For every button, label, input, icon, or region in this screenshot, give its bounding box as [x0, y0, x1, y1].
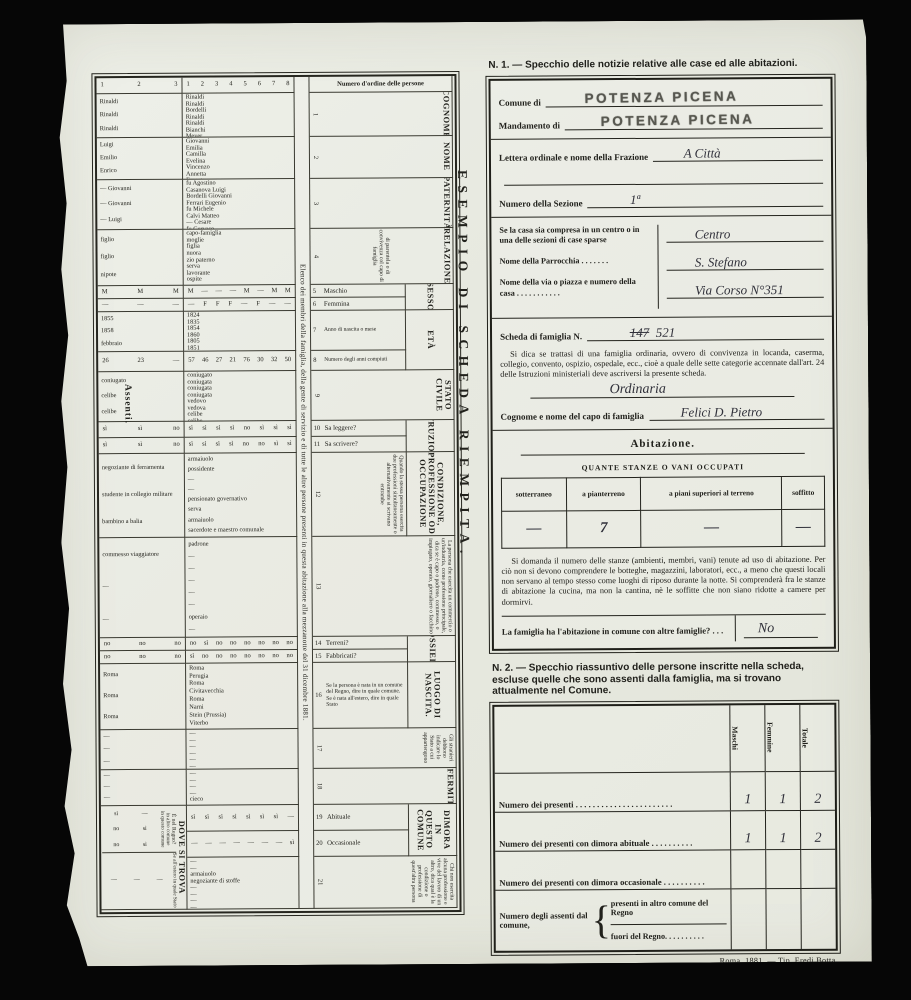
subheader-label: Occasionale: [327, 840, 360, 847]
cell-value: —: [189, 601, 294, 608]
cell-value: —: [219, 841, 226, 848]
assenti-values: ———: [100, 730, 186, 771]
main-values: sìnonononononono: [186, 650, 298, 664]
cell-value: sì: [189, 426, 193, 433]
column-header: 18Infermità: [314, 768, 457, 805]
capo-label: Cognome e nome del capo di famiglia: [501, 410, 645, 421]
assenti-values: negoziante di ferramentastudente in coll…: [99, 454, 186, 539]
n2-row-label: Numero dei presenti con dimora occasiona…: [495, 849, 731, 889]
subheader-label: Maschio: [324, 287, 347, 294]
cell-value: no: [139, 641, 146, 648]
cell-value: no: [104, 654, 111, 661]
n2-header-spacer: [494, 705, 730, 773]
cell-value: no: [104, 641, 111, 648]
stanze-note: Si domanda il numero delle stanze (ambie…: [501, 554, 825, 607]
cell-value: sì: [216, 426, 220, 433]
capo-row: Cognome e nome del capo di famiglia Feli…: [500, 405, 824, 421]
subheader-label: Femmina: [324, 300, 350, 307]
main-values: RomaPerugiaRomaCivitavecchiaRomaNarniSte…: [186, 663, 298, 730]
n2-value: 1: [765, 771, 800, 810]
cell-value: serva: [188, 506, 293, 513]
rotated-label: Quando la stessa persona esercita due pr…: [378, 453, 404, 534]
stanze-val-soffitto: —: [782, 509, 825, 546]
comune-stamp: POTENZA PICENA: [584, 88, 738, 106]
rotated-label: Paternità: [441, 178, 450, 229]
cell-value: —: [102, 302, 109, 309]
n2-value: 1: [730, 771, 765, 810]
cell-value: —: [205, 841, 212, 848]
cell-value: 21: [230, 358, 237, 365]
cell-value: figlio: [100, 236, 179, 243]
cell-value: —: [191, 904, 296, 910]
column-number: 11: [314, 441, 322, 448]
rotated-label: Chi non esercita alcuna professione e vi…: [410, 857, 455, 906]
column-number: 16: [315, 692, 323, 699]
cell-value: sì: [138, 442, 142, 449]
assenti-values: — Giovanni— Giovanni— Luigi: [97, 180, 183, 231]
main-values: 12345678: [182, 77, 294, 94]
n2-value: 1: [765, 810, 800, 849]
cell-value: 32: [271, 357, 278, 364]
via-handwriting: Via Corso N°351: [695, 282, 784, 299]
column-number: 8: [313, 357, 321, 364]
comune-row: Comune di POTENZA PICENA: [499, 91, 823, 107]
cell-value: —: [257, 288, 264, 295]
cell-value: sì: [260, 814, 264, 821]
cell-value: —: [269, 301, 276, 308]
cell-value: febbraio: [101, 340, 180, 347]
divider: [492, 315, 832, 318]
n2-header-row: Maschi Femmine Totale: [494, 704, 834, 773]
column-header: 3Paternità: [310, 178, 453, 229]
rotated-label: Stato Civile: [434, 371, 452, 418]
cell-value: sì: [230, 426, 234, 433]
rotated-label: Nome: [441, 142, 450, 171]
cell-value: sì: [131, 841, 159, 847]
n1-box: Comune di POTENZA PICENA Mandamento di P…: [488, 76, 835, 651]
cell-value: no: [244, 640, 251, 647]
cell-value: —: [233, 840, 240, 847]
rotated-label: Sesso: [425, 284, 434, 310]
cell-value: — Giovanni: [100, 201, 179, 208]
n2-assenti-cell: Numero degli assenti dal comune, { prese…: [495, 888, 731, 950]
mandamento-line: POTENZA PICENA: [565, 114, 823, 130]
main-values: ——————Prussia—: [186, 729, 298, 770]
cell-value: sì: [229, 442, 233, 449]
cell-value: sì: [202, 426, 206, 433]
cell-value: no: [102, 842, 130, 848]
categoria-handwriting: Ordinaria: [610, 381, 666, 397]
rotated-label: Istruzione: [426, 420, 435, 452]
column-subheader: 6Femmina: [311, 297, 406, 311]
cell-value: ospite: [187, 276, 292, 283]
cell-value: 30: [257, 357, 264, 364]
category-label: Condizione, Professione od occupazione: [407, 452, 456, 536]
column-number: 14: [315, 639, 323, 646]
categoria-paragraph: Si dica se trattasi di una famiglia ordi…: [500, 348, 824, 381]
dove-altro-values: —sìsì: [130, 807, 159, 852]
cell-value: —: [189, 577, 294, 584]
cell-value: no: [244, 653, 251, 660]
printer-footer: Roma, 1881. — Tip. Eredi Botta.: [494, 955, 838, 966]
subheader-label: Abituale: [327, 814, 350, 821]
centro-line: Centro: [666, 223, 823, 242]
cell-value: no: [243, 441, 250, 448]
cell-value: 26: [102, 358, 109, 365]
cell-value: sacerdote e maestro comunale: [188, 527, 293, 534]
assenti-values: figliofiglionipote: [97, 230, 183, 287]
stanze-title: Quante stanze o vani occupati: [501, 461, 825, 472]
cell-value: no: [258, 640, 265, 647]
cell-value: sì: [274, 441, 278, 448]
cell-value: 1: [186, 82, 189, 89]
stanze-value-row: — 7 — —: [502, 509, 825, 548]
n2-col-totale: Totale: [800, 704, 835, 771]
assenti-values: sìsìno: [99, 438, 185, 455]
category-label: Istruzione: [407, 420, 455, 452]
column-subheader: 20Occasionale: [314, 830, 409, 857]
n2-handwriting: 1: [780, 831, 787, 846]
cell-value: —: [103, 584, 182, 591]
stanze-val-pianterreno: 7: [566, 510, 641, 547]
cell-value: sì: [103, 442, 107, 449]
persons-order-header: Numero d'ordine delle persone: [309, 76, 452, 93]
main-values: fu AgostinoCasanova LuigiBordelli Giovan…: [183, 179, 295, 230]
n2-value: [801, 888, 836, 949]
cell-value: M: [285, 288, 291, 295]
cell-value: coniugato: [101, 377, 180, 384]
cell-value: no: [286, 653, 293, 660]
n2-value: [801, 849, 836, 888]
assenti-values: ———: [98, 299, 184, 313]
cell-value: — Luigi: [100, 217, 179, 224]
n2-assenti-sub2: fuori del Regno. . . . . . . . . .: [611, 924, 727, 948]
cell-value: Luigi: [100, 142, 179, 149]
cell-value: —: [189, 626, 294, 633]
cell-value: Roma: [103, 672, 182, 679]
cell-value: F: [216, 301, 220, 308]
assenti-values: commesso viaggiatore——: [99, 538, 186, 639]
stanze-header-row: sotterraneo a pianterreno a piani superi…: [501, 476, 824, 511]
famiglie-answer-box: No: [735, 615, 826, 642]
famiglie-handwriting: No: [758, 621, 774, 637]
cell-value: sì: [189, 442, 193, 449]
cell-value: no: [230, 653, 237, 660]
column-subheader: 11Sa scrivere?: [312, 436, 407, 453]
cell-value: —: [173, 358, 180, 365]
cell-value: —: [188, 553, 293, 560]
n2-title: N. 2. — Specchio riassuntivo delle perso…: [492, 661, 836, 698]
header-note-text: Se la persona è nata in un comune del Re…: [326, 683, 405, 708]
assenti-values: RomaRomaRoma: [100, 664, 186, 731]
n2-value: [766, 888, 801, 949]
cell-value: —: [134, 877, 140, 883]
stanze-col-pianterreno: a pianterreno: [566, 477, 641, 510]
scheda-old-number: 147: [630, 325, 650, 340]
column-subheader: 14Terreni?: [313, 636, 408, 650]
n2-handwriting: 1: [744, 792, 751, 807]
centro-handwriting: Centro: [695, 226, 731, 242]
n2-box: Maschi Femmine Totale Numero dei present…: [492, 702, 838, 952]
cell-value: no: [174, 640, 181, 647]
example-vertical-title: ESEMPIO DI SCHEDA RIEMPITA.: [454, 170, 473, 730]
n2-row-label: Numero dei presenti con dimora abituale …: [495, 810, 731, 850]
cell-value: no: [272, 640, 279, 647]
n2-value: [731, 888, 766, 949]
cell-value: —: [111, 878, 117, 884]
cell-value: —: [247, 840, 254, 847]
parrocchia-handwriting: S. Stefano: [695, 254, 747, 270]
cell-value: figlio: [101, 254, 180, 261]
cell-value: —: [276, 840, 283, 847]
divider: [491, 136, 831, 139]
cell-value: M: [271, 288, 277, 295]
cell-value: sì: [290, 840, 294, 847]
cell-value: 1: [100, 82, 103, 89]
subheader-label: Fabbricati?: [326, 652, 357, 659]
cell-value: sì: [260, 425, 264, 432]
cell-value: —: [188, 565, 293, 572]
cell-value: possidente: [188, 466, 293, 473]
cell-value: bambino a balia: [102, 519, 181, 526]
cell-value: sì: [205, 815, 209, 822]
main-values: sìsìsìsìsìsìsì—: [187, 805, 299, 832]
cell-value: M: [137, 289, 143, 296]
cell-value: no: [190, 640, 197, 647]
cell-value: M: [188, 288, 194, 295]
rotated-label: Relazione: [442, 228, 451, 283]
n2-assenti-sub1: presenti in altro comune del Regno: [611, 891, 727, 925]
main-values: M———M—MM: [184, 285, 296, 299]
stanze-handwriting: —: [526, 521, 541, 537]
frazione-line: A Città: [653, 146, 823, 161]
cell-value: sì: [216, 442, 220, 449]
column-number: 6: [313, 300, 321, 307]
abitazione-title: Abitazione.: [501, 436, 825, 450]
n2-row-assenti: Numero degli assenti dal comune, { prese…: [495, 888, 835, 951]
main-values: ———————sì: [187, 831, 299, 858]
cell-value: nipote: [101, 272, 180, 279]
category-label: Luogo di nascita.: [408, 662, 456, 728]
category-label: Sesso: [406, 284, 454, 310]
column-header: 4di parentela o di convivenza col capo d…: [310, 228, 453, 285]
n2-handwriting: 2: [814, 791, 821, 806]
cell-value: —: [230, 288, 237, 295]
parrocchia-label: Nome della Parrocchia . . . . . . .: [500, 256, 652, 267]
cell-value: 6: [258, 81, 261, 88]
cell-value: —: [284, 301, 291, 308]
divider: [493, 427, 833, 430]
cell-value: M: [102, 289, 108, 296]
column-header: 1Cognome: [310, 92, 453, 137]
assenti-values: sìsìno: [99, 422, 185, 439]
comune-label: Comune di: [499, 97, 541, 107]
cell-value: M: [244, 288, 250, 295]
n2-handwriting: 1: [779, 792, 786, 807]
cell-value: Rinaldi: [100, 126, 179, 133]
cell-value: Roma: [189, 680, 294, 687]
famiglie-label: La famiglia ha l'abitazione in comune co…: [502, 615, 735, 642]
cell-value: no: [139, 654, 146, 661]
via-label: Nome della via o piazza e numero della c…: [500, 277, 652, 298]
cell-value: sì: [204, 640, 208, 647]
stanze-col-sotterraneo: sotterraneo: [501, 477, 566, 510]
cell-value: —: [201, 288, 208, 295]
category-label: Possiede: [408, 636, 456, 662]
cell-value: 46: [202, 358, 209, 365]
cell-value: Civitavecchia: [189, 688, 294, 695]
cell-value: sì: [232, 815, 236, 822]
cell-value: no: [216, 640, 223, 647]
cell-value: —: [262, 840, 269, 847]
cell-value: 2: [201, 82, 204, 89]
cell-value: F: [228, 301, 232, 308]
cell-value: studente in collegio militare: [102, 492, 181, 499]
blank-row: [499, 169, 823, 185]
cell-value: no: [258, 653, 265, 660]
main-values: ————cieco———: [187, 769, 299, 806]
stanze-col-piani-superiori: a piani superiori al terreno: [641, 476, 782, 510]
cell-value: sì: [246, 814, 250, 821]
column-number: 13: [315, 583, 322, 590]
famiglie-question-row: La famiglia ha l'abitazione in comune co…: [502, 614, 826, 643]
cell-value: no: [216, 653, 223, 660]
frazione-row: Lettera ordinale e nome della Frazione A…: [499, 146, 823, 162]
address-values: Centro S. Stefano Via Corso N°351: [658, 223, 824, 308]
cell-value: 3: [215, 82, 218, 89]
cell-value: 4: [229, 82, 232, 89]
cell-value: Rinaldi: [100, 112, 179, 119]
dove-estero-values: ———: [102, 877, 171, 884]
assenti-values: LuigiEmilioEnrico: [97, 138, 183, 181]
form-n1-panel: N. 1. — Specchio delle notizie relative …: [488, 58, 838, 967]
cell-value: —: [104, 746, 183, 753]
cell-value: —: [189, 589, 294, 596]
assenti-values: RinaldiRinaldiRinaldi: [97, 94, 183, 139]
n2-assenti-label: Numero degli assenti dal comune,: [500, 911, 592, 930]
cell-value: 5: [243, 81, 246, 88]
cell-value: —: [287, 814, 294, 821]
cell-value: 57: [188, 358, 195, 365]
scanned-paper-sheet: Elenco dei membri della famiglia, della …: [54, 20, 872, 967]
column-subheader: 5Maschio: [311, 284, 406, 298]
column-header-note: 12Quando la stessa persona esercita due …: [312, 452, 408, 537]
cell-value: —: [188, 486, 293, 493]
rotated-label: Possiede: [427, 636, 436, 662]
rotated-label: Elenco dei membri della famiglia, della …: [299, 264, 310, 721]
address-block: Se la casa sia compresa in un centro o i…: [499, 223, 824, 309]
main-values: capo-famigliamogliefiglianuorazio patern…: [183, 229, 295, 286]
cell-value: no: [272, 653, 279, 660]
comune-line: POTENZA PICENA: [546, 91, 823, 107]
column-number: 5: [313, 287, 321, 294]
cell-value: negoziante di ferramenta: [102, 465, 181, 472]
assenti-values: ———: [101, 770, 187, 807]
column-number: 18: [316, 783, 323, 790]
scheda-label: Scheda di famiglia N.: [500, 331, 582, 342]
subheader-label: Numero degli anni compiuti: [324, 357, 387, 364]
column-header-note: 16Se la persona è nata in un comune del …: [313, 662, 408, 729]
parrocchia-line: S. Stefano: [667, 251, 824, 270]
rotated-label: Luogo di nascita.: [423, 662, 441, 727]
cell-value: Narni: [189, 704, 294, 711]
cell-value: sì: [287, 425, 291, 432]
cell-value: no: [244, 425, 251, 432]
cell-value: —: [137, 302, 144, 309]
stanze-handwriting: —: [796, 519, 811, 535]
cell-value: sì: [273, 425, 277, 432]
sezione-label: Numero della Sezione: [499, 198, 582, 209]
assenti-values: 18551858febbraio: [98, 312, 184, 353]
column-subheader: 19Abituale: [314, 804, 409, 831]
cell-value: F: [256, 301, 260, 308]
cell-value: sì: [219, 815, 223, 822]
subheader-label: Terreni?: [326, 639, 349, 646]
subheader-label: Sa scrivere?: [325, 441, 358, 448]
column-number: 4: [313, 255, 320, 258]
mandamento-row: Mandamento di POTENZA PICENA: [499, 114, 823, 130]
cell-value: — Giovanni: [100, 185, 179, 192]
column-header: 21Chi non esercita alcuna professione e …: [314, 856, 457, 909]
category-label: Età: [406, 310, 454, 370]
rotated-label: La persona che esercita un commercio o u…: [427, 537, 453, 634]
n2-assenti-sublabels: presenti in altro comune del Regno fuori…: [611, 891, 727, 948]
assenti-values: nonono: [100, 638, 186, 652]
assenti-values: 123: [96, 78, 182, 95]
cell-value: sì: [202, 442, 206, 449]
cell-value: celibe: [101, 393, 180, 400]
main-values: sìsìsìsìnonosìsì: [185, 437, 297, 454]
cell-value: operaio: [189, 614, 294, 621]
dove-questo-values: sìnono: [102, 807, 131, 852]
cell-value: no: [258, 441, 265, 448]
address-labels: Se la casa sia compresa in un centro o i…: [499, 224, 659, 309]
cell-value: —: [104, 795, 183, 802]
example-census-table: Elenco dei membri della famiglia, della …: [94, 74, 461, 914]
n2-value: 2: [800, 771, 835, 810]
cell-value: armaiuolo: [188, 456, 293, 463]
column-subheader: 15Fabbricati?: [313, 649, 408, 663]
categoria-line: Ordinaria: [530, 381, 794, 399]
n2-value: 2: [800, 810, 835, 849]
rotated-label: Condizione, Professione od occupazione: [417, 452, 444, 535]
cell-value: armaiuolo: [188, 517, 293, 524]
rotated-label: di parentela o di convivenza col capo di…: [371, 229, 390, 282]
cell-value: —: [104, 758, 183, 765]
cell-value: Perugia: [189, 673, 294, 680]
assenti-values: coniugatocelibecelibe: [98, 372, 184, 423]
cell-value: celibe: [101, 409, 180, 416]
sezione-line: 1ª: [588, 192, 824, 207]
n2-value: [731, 849, 766, 888]
cell-value: 2: [137, 82, 140, 89]
rotated-label: Età: [425, 330, 434, 349]
cell-value: 23: [137, 358, 144, 365]
column-number: 9: [313, 394, 320, 397]
via-line: Via Corso N°351: [667, 279, 824, 298]
column-number: 10: [314, 425, 322, 432]
main-values: armaiuolopossidente——pensionato governat…: [185, 453, 298, 538]
sezione-row: Numero della Sezione 1ª: [499, 192, 823, 208]
cell-value: commesso viaggiatore: [102, 552, 181, 559]
column-header: 17Gli stranieri debbono indicare lo Stat…: [313, 728, 456, 769]
cell-value: —: [104, 773, 183, 780]
n2-row-abituale: Numero dei presenti con dimora abituale …: [495, 810, 835, 851]
main-values: coniugatoconiugataconiugataconiugatavedo…: [184, 371, 296, 422]
cell-value: Roma: [103, 693, 182, 700]
frazione-handwriting: A Città: [684, 145, 721, 161]
brace-glyph: {: [591, 902, 610, 938]
